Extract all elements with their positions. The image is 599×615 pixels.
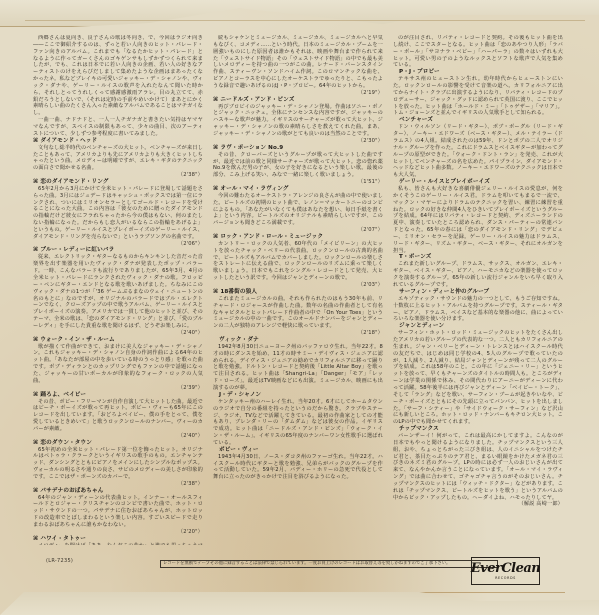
notes-paragraph: のが注目され、リバティ・レコードと契約。その後もヒット曲を出し続け、ここでスター… bbox=[393, 35, 563, 69]
notes-paragraph: 64年のジャン・ディーンの代表曲ヒット。インナー・オールスフィールドとロジャー・… bbox=[33, 495, 203, 529]
track-duration: （2'40"） bbox=[33, 330, 203, 337]
artist-heading: チップマンクス bbox=[399, 426, 563, 433]
track-title: 18番街の狼人 bbox=[220, 289, 257, 295]
track-duration: （2'40"） bbox=[33, 433, 203, 440]
track-duration: （2'30"） bbox=[213, 138, 383, 145]
notes-paragraph: 続もシャケンとミュージカル、ミュージカル、ミュージカルへと早気もなびく、コメディ… bbox=[213, 35, 383, 90]
track-heading: ⌘恋のダイアモンド・リング bbox=[33, 179, 203, 186]
notes-paragraph: 従来、エレクトリック・ギターなるものからキンキンした音だった音楽界を出す楽器を用… bbox=[33, 254, 203, 329]
track-duration: （2'39"） bbox=[33, 385, 203, 392]
track-heading: ⌘18番街の狼人 bbox=[213, 289, 383, 296]
track-heading: ⌘パサデナのおばあちゃん bbox=[33, 488, 203, 495]
track-heading: ⌘ロック・アンド・ロール・ミュージック bbox=[213, 234, 383, 241]
notes-paragraph: テキサス州のヒューストン生れ。幼年時代からヒューストンにいた。ロックンロールの影… bbox=[393, 76, 563, 117]
record-label-logo: EverClean RECORDS bbox=[471, 557, 540, 585]
notes-paragraph: 文句なし総半時代のベンチャーズの大ヒット。ベンチャーズが来日したこともあって、ア… bbox=[33, 145, 203, 172]
notes-paragraph: 1943年4月30日、ノース・ダコタ州のファーゴ生れ。当年22才。ハイスクール時… bbox=[213, 454, 383, 481]
notes-paragraph: 西郷さんは夏向き、良子さんの歌は冬向き、で、今回はラジオ向き――ここで御紹介する… bbox=[33, 35, 203, 117]
copyright-notice: レコードを無断でテープその他に録音することは法律で禁じられています。一度お買上げ… bbox=[160, 560, 498, 568]
sleeve-fold-line-top bbox=[25, 20, 585, 21]
label-logo-subtitle: RECORDS bbox=[495, 576, 516, 580]
track-title: 踊ろよ、ベイビー bbox=[40, 392, 86, 398]
artist-heading: J・デ・シャノン bbox=[219, 392, 383, 399]
notes-paragraph: 私も、皆さんも大好きな喜劇俳優ジェリー・ルイスの愛息が、何をかくそうこのゲーリー… bbox=[393, 186, 563, 254]
notes-paragraph: メロディーを聞けば「ああ、なんだこの曲か」と誰でも思っちゃうマイアミ・ワイクス出… bbox=[33, 543, 203, 545]
track-marker-icon: ⌘ bbox=[213, 97, 218, 104]
notes-paragraph: 65年2月から3月にかけて全米ヒット・パレードに登場して話題をさらった曲。3月に… bbox=[33, 186, 203, 241]
track-marker-icon: ⌘ bbox=[33, 536, 38, 543]
notes-paragraph: 65年初めの全米ヒット・パレード第一位を飾ったヒット。オリジナルはペトゥラ・クラ… bbox=[33, 447, 203, 481]
track-marker-icon: ⌘ bbox=[33, 179, 38, 186]
track-marker-icon: ⌘ bbox=[213, 186, 218, 193]
label-logo-script: EverClean bbox=[471, 562, 541, 576]
track-duration: （2'38"） bbox=[33, 172, 203, 179]
track-heading: ⌘ダイアモンド・ヘッド bbox=[33, 138, 203, 145]
liner-notes: 西郷さんは夏向き、良子さんの歌は冬向き、で、今回はラジオ向き――ここで御紹介する… bbox=[33, 35, 563, 545]
track-title: オール・マイ・ラヴィング bbox=[220, 186, 288, 192]
notes-paragraph: 歌が描くて作曲ができて、おまけに美人なジャッキー・デ・シャノン。これもジャッキー… bbox=[33, 344, 203, 385]
track-duration: （2'38"） bbox=[33, 481, 203, 488]
track-heading: ⌘ウォーク・イン・ザ・ルーム bbox=[33, 337, 203, 344]
catalog-number: (LR-7235) bbox=[46, 558, 73, 564]
track-marker-icon: ⌘ bbox=[33, 440, 38, 447]
notes-paragraph: 一曲一曲、ナドナドと、一人一人チガナガと書きたい気持はヤマヤマなんですが、スペイ… bbox=[33, 117, 203, 138]
track-marker-icon: ⌘ bbox=[33, 138, 38, 145]
notes-paragraph: サーフィン・ホット・ロッド・ミュージックのヒットをたくさん出したアメリカの若いグ… bbox=[393, 330, 563, 426]
notes-paragraph: 1942年8月30日ニューヨーク州のバッファロウ生れ。当年22才。8才の時にダン… bbox=[213, 344, 383, 392]
liner-notes-column-3: のが注目され、リバティ・レコードと契約。その後もヒット曲を出し続け、ここでスター… bbox=[393, 35, 563, 545]
track-title: ニードルズ・アンド・ピンズ bbox=[220, 97, 294, 103]
track-heading: ⌘ハワイ・タトゥー bbox=[33, 536, 203, 543]
track-heading: ⌘ニードルズ・アンド・ピンズ bbox=[213, 97, 383, 104]
sleeve-top-flap bbox=[0, 0, 599, 27]
notes-paragraph: これまたミュージカルの曲。それも作られたのはもう30年も前、リチャード・ロジャー… bbox=[213, 296, 383, 330]
artist-heading: ボビー・ヴィー bbox=[219, 447, 383, 454]
track-heading: ⌘踊ろよ、ベイビー bbox=[33, 392, 203, 399]
notes-paragraph: その昔、ボビー・フリーマンが自作自演して大ヒットした曲。最近ではビーチ・ボーイズ… bbox=[33, 399, 203, 433]
track-heading: ⌘オール・マイ・ラヴィング bbox=[213, 186, 383, 193]
artist-heading: ヴィック・ダナ bbox=[219, 337, 383, 344]
track-title: ダイアモンド・ヘッド bbox=[40, 138, 97, 144]
track-title: ラヴ・ポーション No.9 bbox=[220, 145, 283, 151]
notes-paragraph: その昔、クローバーズというグループが歌って大ヒットした曲ですが、最近では前の歌と… bbox=[213, 152, 383, 179]
notes-paragraph: エキゾティック・サウンドの魅力の一つとして、もうご存知ですね。十数枚に上るヒット… bbox=[393, 296, 563, 323]
track-title: ロック・アンド・ロール・ミュージック bbox=[220, 234, 323, 240]
track-title: ブルー・レディーに紅いバラ bbox=[40, 247, 114, 253]
track-marker-icon: ⌘ bbox=[213, 289, 218, 296]
track-title: 恋のダウン・タウン bbox=[40, 440, 92, 446]
notes-paragraph: 再びブロビイのジャッキー・デ・シャノン登場。作曲はソニー・ボノとジャック・ニッチ… bbox=[213, 104, 383, 138]
track-title: ウォーク・イン・ザ・ルーム bbox=[40, 337, 114, 343]
track-title: ハワイ・タトゥー bbox=[40, 536, 86, 542]
track-duration: （1'51"） bbox=[213, 179, 383, 186]
track-duration: （2'03"） bbox=[213, 282, 383, 289]
notes-paragraph: バーンザーイ！何がって、これは最高にかしてますよ。こんなのが日本でもやっと聞ける… bbox=[393, 433, 563, 501]
notes-paragraph: カントリー・ロックの人気者、60年代の「メイビリーン」の大ヒットを放ったチャック… bbox=[213, 241, 383, 282]
track-duration: （2'20"） bbox=[33, 529, 203, 536]
track-duration: （2'19"） bbox=[213, 90, 383, 97]
track-marker-icon: ⌘ bbox=[33, 488, 38, 495]
liner-notes-column-1: 西郷さんは夏向き、良子さんの歌は冬向き、で、今回はラジオ向き――ここで御紹介する… bbox=[33, 35, 203, 545]
track-marker-icon: ⌘ bbox=[33, 392, 38, 399]
track-marker-icon: ⌘ bbox=[213, 234, 218, 241]
record-sleeve-back: 西郷さんは夏向き、良子さんの歌は冬向き、で、今回はラジオ向き――ここで御紹介する… bbox=[0, 0, 599, 615]
sleeve-bottom-flap bbox=[0, 592, 599, 615]
liner-notes-column-2: 続もシャケンとミュージカル、ミュージカル、ミュージカルへと早気もなびく、コメディ… bbox=[213, 35, 383, 545]
track-duration: （2'07"） bbox=[213, 227, 383, 234]
track-marker-icon: ⌘ bbox=[33, 337, 38, 344]
track-heading: ⌘恋のダウン・タウン bbox=[33, 440, 203, 447]
notes-paragraph: ドン・ウィルソン（リード・ギター）、ボブ・ボーグル（リード・ギター）、ノーキー・… bbox=[393, 124, 563, 179]
track-title: パサデナのおばあちゃん bbox=[40, 488, 103, 494]
track-duration: （2'18"） bbox=[213, 330, 383, 337]
track-title: 恋のダイアモンド・リング bbox=[40, 179, 108, 185]
artist-heading: サーフィン・ディーと仲のグループ bbox=[399, 289, 563, 296]
track-heading: ⌘ラヴ・ポーション No.9 bbox=[213, 145, 383, 152]
track-marker-icon: ⌘ bbox=[213, 145, 218, 152]
notes-credit: （解説 高崎一郎） bbox=[393, 501, 563, 508]
notes-paragraph: 今回の難わたるオーケストラ・アレンジの良さんが曲の中で使いました。ビートルズの初… bbox=[213, 193, 383, 227]
notes-paragraph: これまた新しいグループ、ドラムス、サックス、オルガン、エレキ・ギター、ベイス・ギ… bbox=[393, 261, 563, 288]
artist-heading: ゲーリー・ルイスとプレイボーイズ bbox=[399, 179, 563, 186]
notes-paragraph: ケンタッキー州のハーレイ生れ。当年20才。6才にしてホームタウンのラジオで自分の… bbox=[213, 399, 383, 447]
